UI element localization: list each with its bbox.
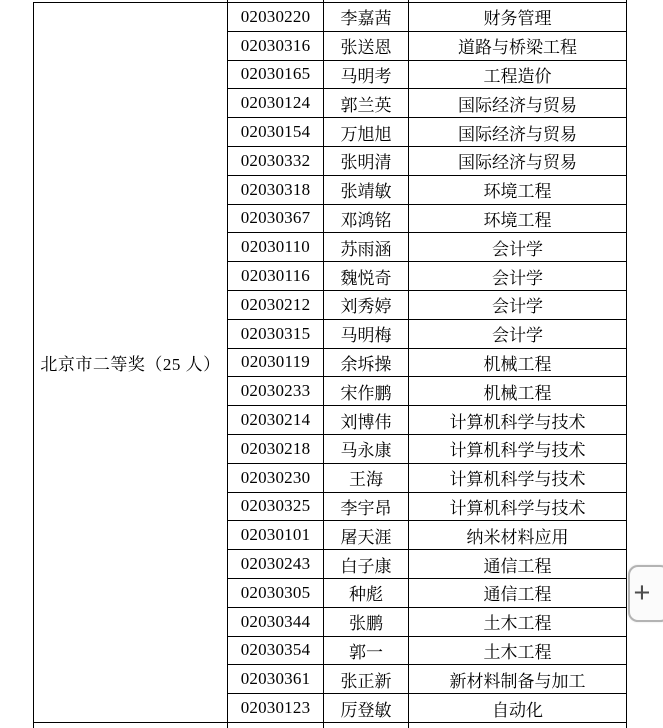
student-id-cell: 02030116 [228,262,323,290]
student-major-cell: 通信工程 [409,579,626,607]
student-name-cell: 张鹏 [324,608,408,636]
student-id-cell: 02030243 [228,550,323,578]
student-id-cell: 02030361 [228,665,323,693]
student-name-cell: 魏悦奇 [324,262,408,290]
student-id-cell: 02030101 [228,521,323,549]
student-major-cell: 机械工程 [409,377,626,405]
table-gridline [626,723,627,728]
student-name-cell: 郭一 [324,637,408,665]
student-id-cell: 02030233 [228,377,323,405]
student-id-cell: 02030354 [228,637,323,665]
student-id-cell: 02030230 [228,464,323,492]
student-id-cell: 02030316 [228,32,323,60]
student-major-cell: 土木工程 [409,637,626,665]
student-name-cell: 郭兰英 [324,89,408,117]
student-name-cell: 张正新 [324,665,408,693]
student-major-cell: 会计学 [409,233,626,261]
table-gridline [227,723,228,728]
award-category-cell: 北京市二等奖（25 人） [34,3,227,722]
student-name-cell: 李宇昂 [324,493,408,521]
student-major-cell: 计算机科学与技术 [409,435,626,463]
student-major-cell: 会计学 [409,320,626,348]
student-name-cell: 宋作鹏 [324,377,408,405]
student-id-cell: 02030119 [228,349,323,377]
student-major-cell: 会计学 [409,291,626,319]
table-gridline [323,723,324,728]
student-major-cell: 机械工程 [409,349,626,377]
student-id-cell: 02030123 [228,694,323,722]
student-id-cell: 02030315 [228,320,323,348]
student-major-cell: 国际经济与贸易 [409,89,626,117]
student-major-cell: 通信工程 [409,550,626,578]
student-major-cell: 计算机科学与技术 [409,493,626,521]
student-name-cell: 刘博伟 [324,406,408,434]
student-major-cell: 道路与桥梁工程 [409,32,626,60]
document-page: 北京市二等奖（25 人） 02030220李嘉茜财务管理02030316张送恩道… [0,0,663,728]
student-name-cell: 万旭旭 [324,118,408,146]
student-id-cell: 02030212 [228,291,323,319]
student-major-cell: 新材料制备与加工 [409,665,626,693]
student-major-cell: 会计学 [409,262,626,290]
student-name-cell: 白子康 [324,550,408,578]
student-name-cell: 屠天涯 [324,521,408,549]
plus-icon: + [634,579,651,608]
student-name-cell: 张明清 [324,147,408,175]
student-name-cell: 苏雨涵 [324,233,408,261]
student-major-cell: 自动化 [409,694,626,722]
table-gridline [408,723,409,728]
zoom-in-button[interactable]: + [628,565,663,622]
student-name-cell: 厉登敏 [324,694,408,722]
student-id-cell: 02030332 [228,147,323,175]
student-major-cell: 计算机科学与技术 [409,406,626,434]
student-major-cell: 工程造价 [409,61,626,89]
student-name-cell: 马永康 [324,435,408,463]
student-name-cell: 张靖敏 [324,176,408,204]
student-name-cell: 刘秀婷 [324,291,408,319]
student-major-cell: 国际经济与贸易 [409,147,626,175]
table-gridline [33,723,34,728]
student-major-cell: 计算机科学与技术 [409,464,626,492]
student-major-cell: 财务管理 [409,3,626,31]
student-major-cell: 土木工程 [409,608,626,636]
student-id-cell: 02030325 [228,493,323,521]
student-id-cell: 02030154 [228,118,323,146]
student-major-cell: 国际经济与贸易 [409,118,626,146]
student-id-cell: 02030110 [228,233,323,261]
student-id-cell: 02030305 [228,579,323,607]
student-id-cell: 02030367 [228,205,323,233]
student-id-cell: 02030220 [228,3,323,31]
student-name-cell: 马明考 [324,61,408,89]
student-name-cell: 张送恩 [324,32,408,60]
student-name-cell: 王海 [324,464,408,492]
award-table: 北京市二等奖（25 人） 02030220李嘉茜财务管理02030316张送恩道… [33,2,627,723]
student-id-cell: 02030218 [228,435,323,463]
student-id-cell: 02030165 [228,61,323,89]
student-name-cell: 李嘉茜 [324,3,408,31]
student-name-cell: 马明梅 [324,320,408,348]
student-id-cell: 02030214 [228,406,323,434]
student-name-cell: 种彪 [324,579,408,607]
student-major-cell: 纳米材料应用 [409,521,626,549]
student-id-cell: 02030344 [228,608,323,636]
student-major-cell: 环境工程 [409,205,626,233]
student-id-cell: 02030318 [228,176,323,204]
student-major-cell: 环境工程 [409,176,626,204]
student-id-cell: 02030124 [228,89,323,117]
student-name-cell: 余坼操 [324,349,408,377]
student-name-cell: 邓鸿铭 [324,205,408,233]
